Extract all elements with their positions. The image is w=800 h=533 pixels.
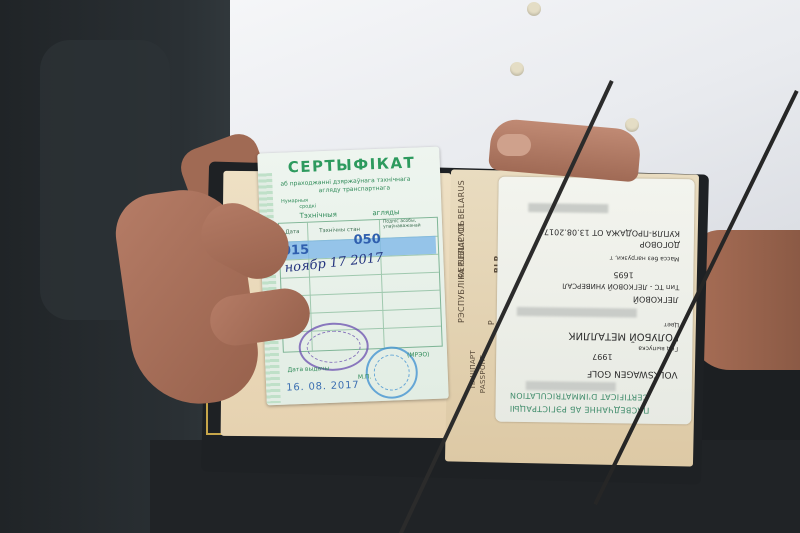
- certificate-title: СЕРТЫФІКАТ: [287, 154, 415, 177]
- shirt-button: [510, 62, 524, 76]
- issue-date: 16. 08. 2017: [286, 380, 360, 394]
- reg-line: ЛЕГКОВОЙ: [633, 295, 679, 305]
- reg-line: ДОГОВОР: [639, 240, 679, 250]
- stamp-number: 050: [353, 232, 381, 248]
- reg-header-fr: CERTIFICAT D'IMMATRICULATION: [510, 391, 649, 402]
- reg-line: 1997: [592, 352, 612, 361]
- reg-line: Тип ТС - ЛЕГКОВОЙ УНИВЕРСАЛ: [562, 282, 679, 292]
- reg-header-be: ПАСВЕДЧАННЕ АБ РЭГІСТРАЦЫІ: [509, 404, 649, 415]
- stamp-label: (МРЭО): [407, 351, 430, 359]
- passport-country-en: REPUBLIC OF BELARUS: [457, 180, 466, 278]
- registration-card: КУПЛЯ-ПРОДАЖА ОТ 13.08.2017 ДОГОВОР Масс…: [495, 177, 694, 425]
- thumbnail: [497, 134, 531, 156]
- inspection-certificate: СЕРТЫФІКАТ аб праходжанні дзяржаўнага тэ…: [257, 147, 449, 406]
- purple-round-stamp: [298, 321, 370, 372]
- reg-line: Масса без нагрузки, т: [610, 254, 680, 262]
- reg-line: Цвет: [663, 321, 678, 328]
- photo-scene: РЭСПУБЛІКА БЕЛАРУСЬ REPUBLIC OF BELARUS …: [0, 0, 800, 533]
- shirt-button: [527, 2, 541, 16]
- mp-label: М.П.: [358, 373, 372, 381]
- shirt-button: [625, 118, 639, 132]
- blurred-field: [517, 307, 637, 318]
- issue-date-label: Дата выдачы: [287, 365, 329, 374]
- reg-line: VOLKSWAGEN GOLF: [587, 368, 678, 379]
- column-date: Дата: [285, 229, 299, 236]
- reg-line: КУПЛЯ-ПРОДАЖА ОТ 13.08.2017: [544, 227, 680, 238]
- reg-line: 1695: [613, 270, 633, 279]
- certificate-subtitle: агляду транспартнага: [319, 185, 391, 195]
- blurred-field: [526, 381, 616, 391]
- column-signature: Подпіс асобы, упаўнаважанай: [383, 218, 435, 230]
- reg-line: ГОЛУБОЙ МЕТАЛЛИК: [568, 330, 679, 343]
- blurred-field: [528, 203, 608, 213]
- certificate-note: сродкі: [299, 203, 316, 210]
